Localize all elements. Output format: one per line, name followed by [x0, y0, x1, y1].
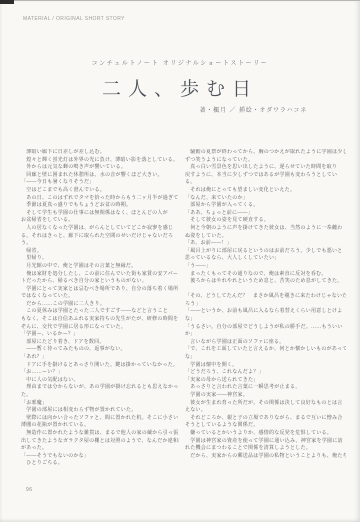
page-number: 96 — [26, 487, 33, 493]
text-line: た。 — [21, 392, 179, 400]
text-line: 薄暗い廊下に日差しが差し込む。 — [21, 149, 179, 157]
text-line: そして彼女の姿を見て硬直する。 — [185, 217, 346, 225]
text-line: 里帰り。 — [21, 255, 179, 263]
text-line: 理由までは分からないが、あの学園が掛け忘れるとも思えなかっ — [21, 384, 179, 392]
text-line: ではなくなっていた。 — [21, 293, 179, 301]
text-line: お盆帰省をしている。 — [21, 217, 179, 225]
text-line: 真っ白い雪景色を思い出したように、遅らせていた時間を取り — [185, 164, 346, 172]
text-line: ひとりごちる。 — [21, 460, 179, 468]
text-line: えない。 — [185, 407, 346, 415]
text-line: ――暫く待ってみたものの、返事がない。 — [21, 346, 179, 354]
text-line: 「学園ー、いるかー？」 — [21, 331, 179, 339]
text-line: 人の居なくなった学園は、がらんとしていてどこか寂寥を感じ — [21, 225, 179, 233]
text-line: 月光館の中で、俺と学園はその言葉と無縁だ。 — [21, 263, 179, 271]
scan-corner-mark — [0, 0, 14, 4]
text-line: まったくもってその通りなので、俺は素直に反対を呑む。 — [185, 271, 346, 279]
text-line: か」 — [185, 331, 346, 339]
text-line: 「あ、お前――！」 — [185, 240, 346, 248]
text-line: 「あれ？」 — [21, 354, 179, 362]
story-title: 二人、歩む日 — [0, 74, 360, 101]
text-column-right: 騒動の夏祭が終わってから、胸のつかえが取れたように学園は少しずつ笑うようになって… — [185, 149, 346, 494]
text-line: 何と今朝のように声を掛けてきた彼女は、当然のように一糸纏わ — [185, 225, 346, 233]
text-line: 嫌っているとかいうよりか、感情的な反発を危惧している。 — [185, 430, 346, 438]
text-line: あっさりと言われた言葉に一瞬思考が止まる。 — [185, 384, 346, 392]
text-line: 騒動の夏祭が終わってから、胸のつかえが取れたように学園は少し — [185, 149, 346, 157]
text-line: そうとしているような関係だ。 — [185, 422, 346, 430]
text-line: この夏休みは学園とたった二人ですごす――などと言うこと — [21, 308, 179, 316]
author-credit: 著・楓月 ／ 挿絵・オダワラハコネ — [200, 105, 307, 114]
text-line: 「お……ーい？」 — [21, 369, 179, 377]
text-line: 薄闇の花瓶が置かれている。 — [21, 422, 179, 430]
text-line: 学園の実家――神宮家。 — [185, 392, 346, 400]
text-line: 戻すように、本当に少しずつではあるが学園も変わろうとしてい — [185, 172, 346, 180]
text-line: それは俺にとっても望ましい変化といえた。 — [185, 187, 346, 195]
text-line: があった。 — [21, 445, 179, 453]
text-line: ぬ姿をしていた。 — [185, 233, 346, 241]
text-line: れた機会にまつわることで関係を清算しようとした。 — [185, 445, 346, 453]
text-line: 「うるさい。自分の部屋でどうしようが私の勝手だ。……もういい — [185, 324, 346, 332]
section-header: MATERIAL / ORIGINAL SHORT STORY — [23, 16, 125, 22]
text-line: だから、実家からの郵送品は学園の私物ということよりも、俺たちに — [185, 453, 346, 461]
text-line: る。それはきっと、廊下に取られた空間のせいだけじゃないだろ — [21, 233, 179, 241]
text-line: 「う――」 — [185, 263, 346, 271]
text-line: 後ろからはやれやれというため息と、苦笑のため息がしてきた。 — [185, 278, 346, 286]
title-block: コンチェルトノート オリジナルショートストーリー 二人、歩む日 — [0, 58, 360, 101]
text-line: 俺は家財を処分したし、この前に住んでいた街も家賃の安アパー — [21, 271, 179, 279]
text-column-left: 薄暗い廊下に日差しが差し込む。 煌々と輝く蛍光灯は外界の光に負け、薄暗い影を落と… — [21, 149, 179, 494]
book-page: MATERIAL / ORIGINAL SHORT STORY コンチェルトノー… — [0, 0, 360, 522]
text-line: う。 — [21, 240, 179, 248]
text-line: トだったから、帰るべき自分の家というものがない。 — [21, 278, 179, 286]
story-subtitle: コンチェルトノート オリジナルショートストーリー — [0, 58, 360, 67]
text-line: る。 — [185, 179, 346, 187]
text-line: 思っているなら、大人しくしていたい」 — [185, 255, 346, 263]
text-line: 部屋から学園が入ってくる。 — [185, 202, 346, 210]
text-line: 外からは元気な蝉の鳴き声が響いている。 — [21, 164, 179, 172]
text-line: 「どうだろう、これなんだよ？」 — [185, 369, 346, 377]
page-top-edge — [0, 0, 360, 1]
text-line: 「その、どうしてたんだ？ まさか風呂を覗きに来たわけじゃないだ — [185, 293, 346, 301]
text-line: 無造作に置かれたような雑貨は、まるで他人の家の蔵から引っ張り — [21, 430, 179, 438]
text-line: 学園の部屋には相変わらず物が置かれていた。 — [21, 407, 179, 415]
text-line: 彼女が生まれ育った所だが、その関係は決して良好なものとは言 — [185, 400, 346, 408]
text-line: な」 — [185, 316, 346, 324]
text-line: 「――というか、お前も風呂に入るなら着替えくらい用意しとけよ — [185, 308, 346, 316]
text-line: もなく、そこは自信あふれる実家持ちの先生がたが、研修の時間を — [21, 316, 179, 324]
text-line: 「――今日も暑くなりそうだ」 — [21, 179, 179, 187]
text-line: な」 — [185, 354, 346, 362]
text-line: 季節は夏真っ盛りでもちょうどお盆の時期。 — [21, 202, 179, 210]
text-line: 「で、これを工面していたと言えるか、何とか懐かしいものがあって — [185, 346, 346, 354]
text-line: 空はどこまでも高く澄んでいる。 — [21, 187, 179, 195]
